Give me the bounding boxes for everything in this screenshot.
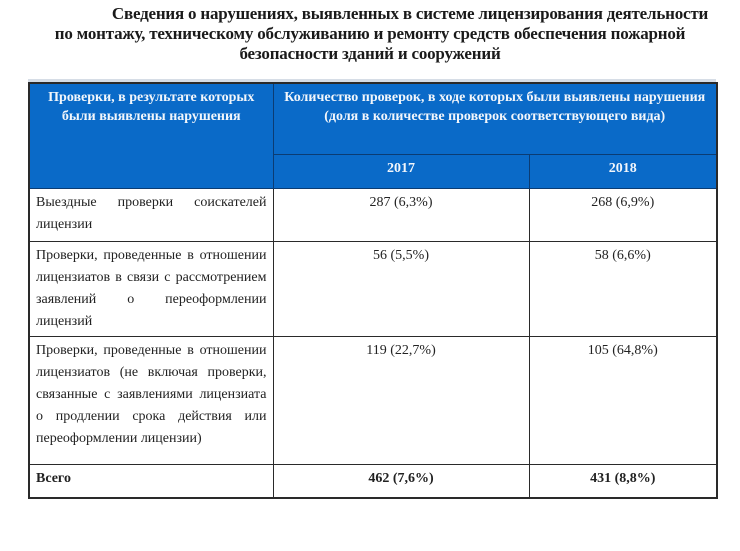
header-row-label: Проверки, в результате которых были выяв… bbox=[29, 83, 273, 189]
title-line-1: Сведения о нарушениях, выявленных в сист… bbox=[20, 4, 720, 24]
table-row: Проверки, проведенные в отношении лиценз… bbox=[29, 242, 717, 337]
value-2017: 287 (6,3%) bbox=[273, 189, 529, 242]
value-2017: 119 (22,7%) bbox=[273, 337, 529, 465]
header-year-2017: 2017 bbox=[273, 155, 529, 189]
table-row: Проверки, проведенные в отношении лиценз… bbox=[29, 337, 717, 465]
value-2017: 56 (5,5%) bbox=[273, 242, 529, 337]
header-year-2018: 2018 bbox=[529, 155, 717, 189]
row-label: Проверки, проведенные в отношении лиценз… bbox=[29, 242, 273, 337]
header-group-label: Количество проверок, в ходе которых были… bbox=[273, 83, 717, 155]
table-row-total: Всего 462 (7,6%) 431 (8,8%) bbox=[29, 465, 717, 499]
value-2018: 58 (6,6%) bbox=[529, 242, 717, 337]
value-2018: 105 (64,8%) bbox=[529, 337, 717, 465]
document-title: Сведения о нарушениях, выявленных в сист… bbox=[20, 4, 720, 64]
row-label: Выездные проверки соискателей лицензии bbox=[29, 189, 273, 242]
title-line-3: безопасности зданий и сооружений bbox=[20, 44, 720, 64]
value-2018: 268 (6,9%) bbox=[529, 189, 717, 242]
total-2017: 462 (7,6%) bbox=[273, 465, 529, 499]
title-line-2: по монтажу, техническому обслуживанию и … bbox=[20, 24, 720, 44]
total-label: Всего bbox=[29, 465, 273, 499]
table-row: Выездные проверки соискателей лицензии 2… bbox=[29, 189, 717, 242]
violations-table: Проверки, в результате которых были выяв… bbox=[28, 82, 718, 499]
total-2018: 431 (8,8%) bbox=[529, 465, 717, 499]
row-label: Проверки, проведенные в отношении лиценз… bbox=[29, 337, 273, 465]
